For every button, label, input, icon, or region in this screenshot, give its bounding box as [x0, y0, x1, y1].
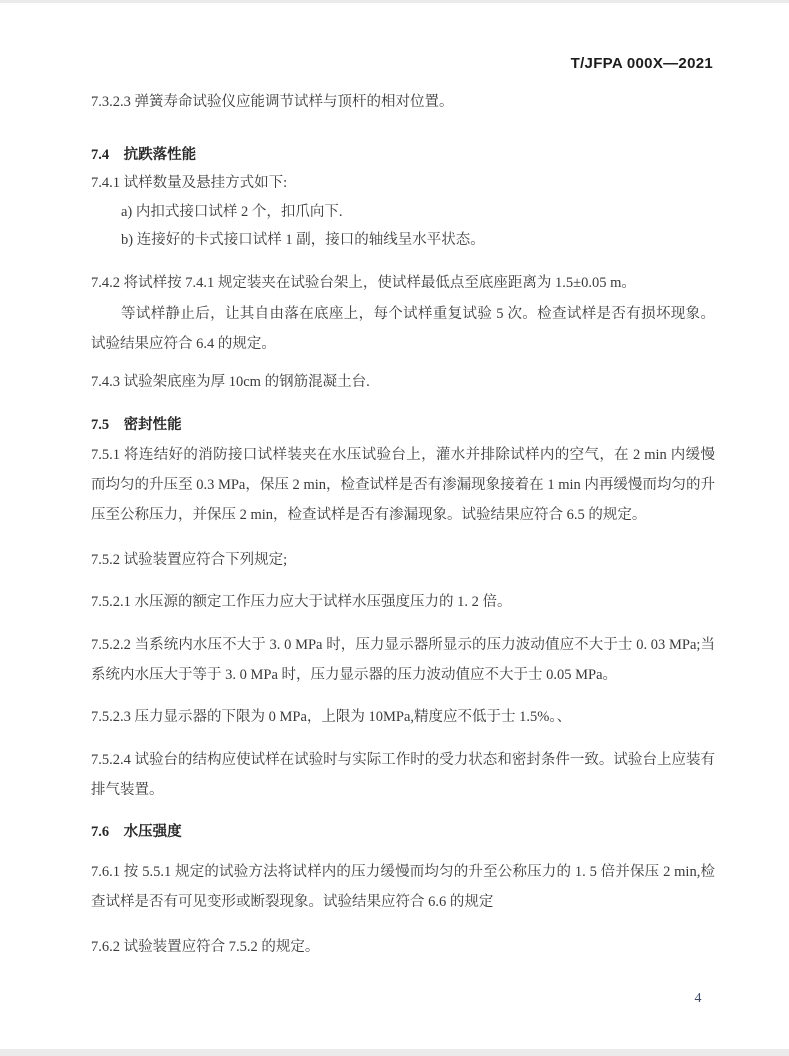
clause-7-3-2-3: 7.3.2.3 弹簧寿命试验仪应能调节试样与顶杆的相对位置。 [91, 87, 715, 117]
page-number: 4 [688, 991, 708, 1007]
clause-7-4-1: 7.4.1 试样数量及悬挂方式如下: [91, 168, 715, 198]
section-heading-7-4: 7.4 抗跌落性能 [91, 140, 715, 170]
list-item-b: b) 连接好的卡式接口试样 1 副，接口的轴线呈水平状态。 [121, 225, 715, 255]
page-top-edge [0, 0, 789, 3]
clause-7-4-2-paragraph-2: 等试样静止后，让其自由落在底座上，每个试样重复试验 5 次。检查试样是否有损坏现… [91, 299, 715, 359]
section-heading-7-6: 7.6 水压强度 [91, 817, 715, 847]
clause-7-5-2: 7.5.2 试验装置应符合下列规定; [91, 545, 715, 575]
page-bottom-edge [0, 1049, 789, 1056]
clause-7-5-2-3: 7.5.2.3 压力显示器的下限为 0 MPa，上限为 10MPa,精度应不低于… [91, 702, 715, 732]
clause-7-4-3: 7.4.3 试验架底座为厚 10cm 的钢筋混凝土台. [91, 367, 715, 397]
clause-7-6-2: 7.6.2 试验装置应符合 7.5.2 的规定。 [91, 932, 715, 962]
clause-7-5-2-1: 7.5.2.1 水压源的额定工作压力应大于试样水压强度压力的 1. 2 倍。 [91, 587, 715, 617]
clause-7-6-1: 7.6.1 按 5.5.1 规定的试验方法将试样内的压力缓慢而均匀的升至公称压力… [91, 857, 715, 917]
clause-7-5-2-4: 7.5.2.4 试验台的结构应使试样在试验时与实际工作时的受力状态和密封条件一致… [91, 745, 715, 805]
section-heading-7-5: 7.5 密封性能 [91, 410, 715, 440]
clause-7-4-2: 7.4.2 将试样按 7.4.1 规定装夹在试验台架上，使试样最低点至底座距离为… [91, 268, 715, 298]
clause-7-5-2-2: 7.5.2.2 当系统内水压不大于 3. 0 MPa 时，压力显示器所显示的压力… [91, 630, 715, 690]
clause-7-5-1: 7.5.1 将连结好的消防接口试样装夹在水压试验台上，灌水并排除试样内的空气，在… [91, 440, 715, 530]
document-page: T/JFPA 000X—2021 7.3.2.3 弹簧寿命试验仪应能调节试样与顶… [0, 0, 789, 1056]
doc-number-header: T/JFPA 000X—2021 [91, 55, 713, 72]
list-item-a: a) 内扣式接口试样 2 个，扣爪向下. [121, 197, 715, 227]
